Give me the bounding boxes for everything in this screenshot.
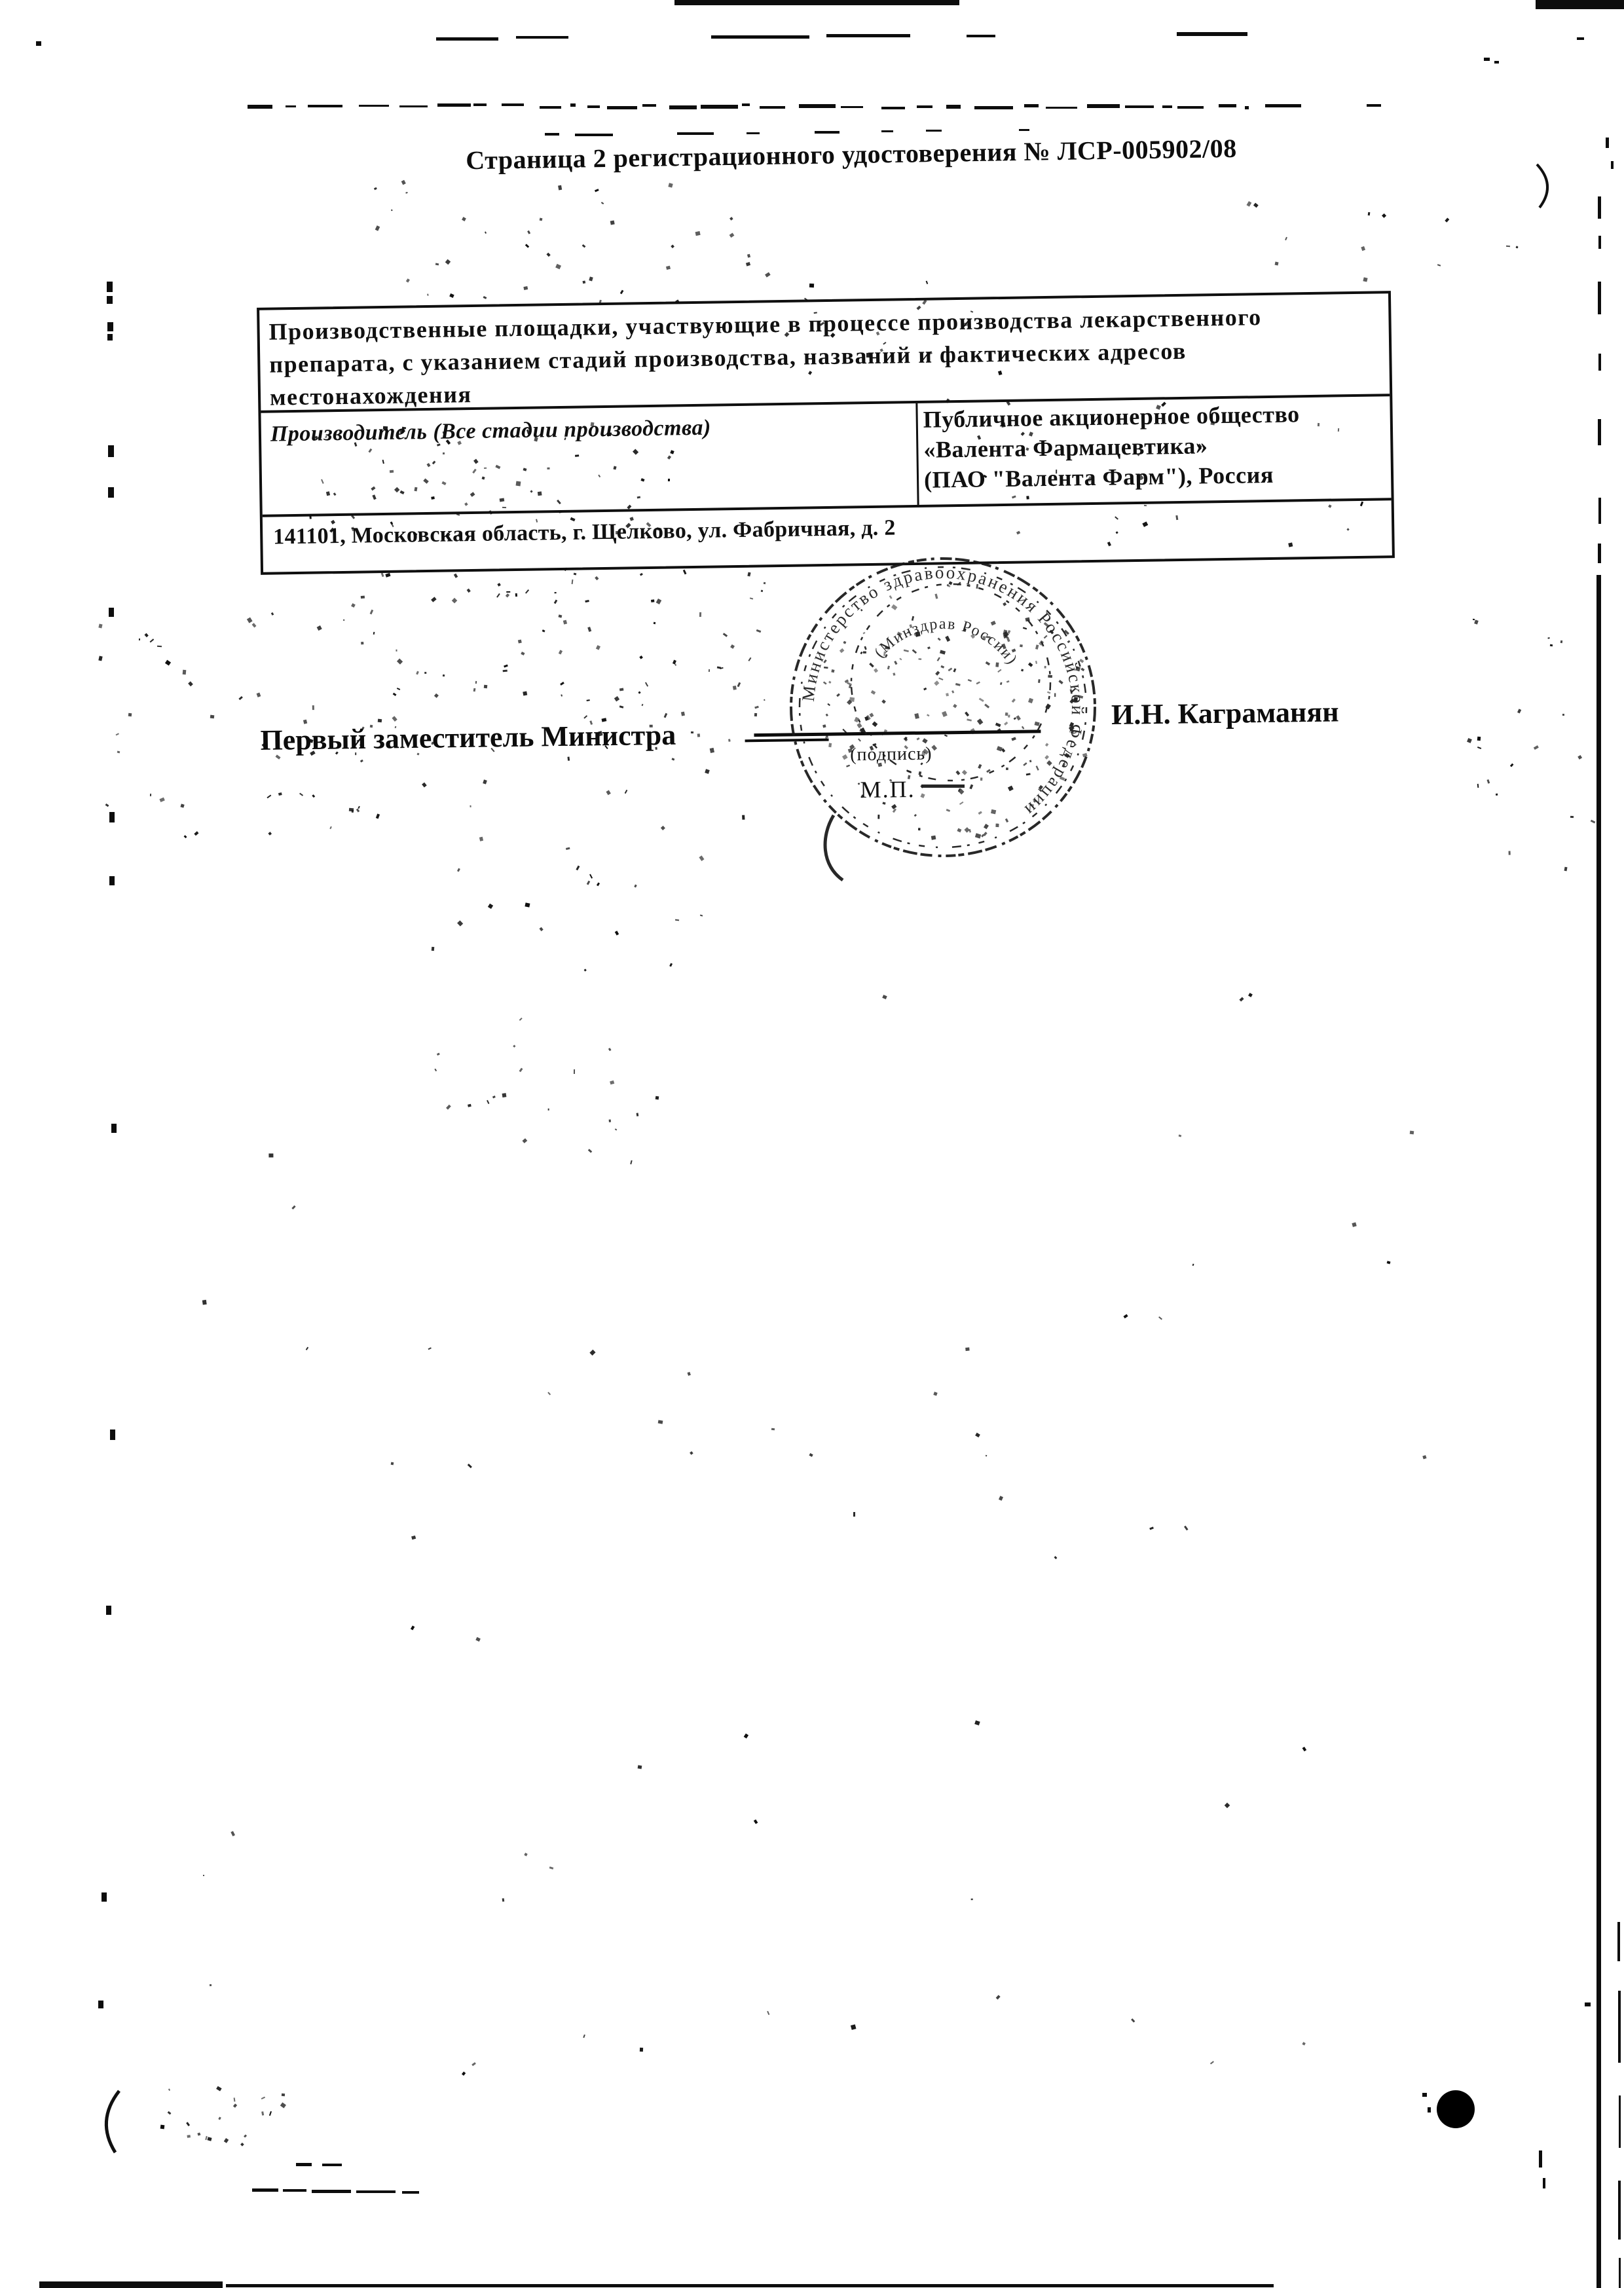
scan-speck [1175,515,1178,520]
scan-speck [397,688,400,690]
scan-speck [446,1104,451,1109]
table-row-producer: Производитель (Все стадии производства) … [261,396,1391,517]
scan-speck [595,576,599,580]
scan-speck [567,756,570,760]
scan-speck [502,1898,504,1902]
scan-speck [1131,2018,1135,2023]
scan-speck [468,1464,472,1467]
scan-speck [261,2097,265,2099]
scan-speck [219,2117,222,2120]
scan-artifact [1596,575,1601,2288]
scan-artifact [1598,498,1601,524]
scan-artifact [701,105,738,109]
scan-artifact [1598,544,1601,563]
scan-speck [165,660,171,666]
scan-speck [559,650,563,654]
scan-speck [1410,1131,1414,1135]
scan-speck [620,289,624,294]
scan-speck [282,2094,285,2096]
scan-speck [428,1348,432,1350]
scan-speck [747,572,750,576]
scan-speck [256,692,261,697]
scan-speck [539,218,542,221]
scan-speck [378,718,382,722]
scan-speck [525,902,530,907]
scan-speck [351,603,355,607]
scan-artifact [926,130,942,132]
scan-speck [1422,1455,1426,1459]
scan-speck [691,731,693,734]
scan-artifact [747,132,760,134]
scan-speck [634,884,637,887]
scan-speck [210,1984,212,1986]
scan-speck [445,259,451,264]
scan-speck [396,658,402,664]
scan-speck [401,180,406,185]
scan-speck [675,919,679,921]
scan-speck [576,454,580,456]
scan-artifact [1536,0,1624,9]
stamp-ring-text: Министерство здравоохранения Российской … [798,563,1088,821]
scan-speck [1184,1526,1188,1530]
scan-speck [506,591,510,593]
scan-speck [1547,637,1549,639]
scan-speck [1590,819,1595,823]
scan-artifact [356,2190,396,2193]
scan-artifact [575,134,613,136]
scan-artifact [540,106,561,109]
scan-speck [610,220,614,225]
scan-artifact [677,132,714,135]
scan-speck [411,1625,415,1631]
scan-speck [139,638,140,640]
scan-speck [1225,1803,1230,1808]
scan-speck [180,803,184,808]
scan-artifact [917,105,932,108]
scan-artifact [1422,2093,1427,2097]
scan-speck [671,245,674,249]
scan-speck [1158,1316,1162,1320]
scan-speck [655,747,657,749]
scan-artifact [1598,419,1601,445]
scan-artifact [286,105,295,108]
scan-speck [1275,262,1279,266]
scan-speck [269,2111,272,2116]
scan-speck [523,691,527,695]
scan-speck [699,856,705,861]
scan-speck [475,681,477,684]
scan-speck [231,1831,235,1836]
scan-speck [963,322,967,326]
scan-artifact [1618,1991,1621,2063]
scan-speck [1144,505,1147,507]
scan-artifact [1539,2150,1542,2168]
scan-artifact [1245,106,1249,109]
scan-artifact [108,487,114,498]
scan-speck [160,2125,165,2130]
scan-speck [587,881,590,885]
scan-artifact [1484,58,1490,61]
stamp-dash-mark [921,784,965,788]
stamp-bottom-hook [825,815,843,880]
scan-speck [733,686,737,690]
scan-speck [396,650,397,652]
scan-speck [1517,709,1522,714]
scan-speck [1477,736,1481,741]
scan-artifact [946,105,961,109]
scan-speck [99,624,103,629]
scan-speck [503,670,507,672]
scan-speck [637,1113,638,1117]
scan-speck [548,1109,549,1111]
scan-speck [479,836,483,841]
scan-artifact [98,2001,103,2008]
scan-speck [487,1099,490,1104]
scan-artifact [570,103,576,107]
scan-speck [655,1096,658,1099]
scan-speck [524,1853,527,1856]
scan-speck [471,2062,476,2066]
scan-speck [619,688,624,691]
scan-speck [1211,2061,1215,2064]
scan-artifact [1619,2258,1621,2288]
scan-speck [427,294,429,296]
scan-speck [1363,277,1368,282]
scan-speck [555,264,561,270]
stamp-inner-text: (Минздрав России) [871,616,1020,668]
scan-speck [1361,246,1365,251]
scan-speck [723,633,728,637]
scan-speck [521,652,525,655]
scan-speck [392,693,396,697]
scan-speck [470,805,471,807]
scan-speck [655,599,661,604]
scan-speck [765,272,770,277]
scan-speck [424,672,426,674]
scan-artifact [402,2191,419,2194]
scan-speck [705,769,709,773]
scan-artifact [516,36,568,39]
scan-speck [526,230,530,234]
scan-speck [1564,867,1567,872]
scan-speck [188,681,193,686]
scan-artifact [399,105,428,107]
scan-speck [688,1372,691,1376]
scan-artifact [881,130,893,132]
scan-artifact [1611,161,1614,169]
scan-speck [608,1119,611,1122]
scan-artifact [248,105,272,109]
scan-speck [239,696,244,700]
scan-artifact [742,103,750,106]
scan-speck [1302,2042,1306,2046]
scan-speck [744,1734,748,1739]
scan-speck [996,1995,1001,2001]
scan-speck [547,468,549,470]
scan-speck [523,1139,527,1143]
scan-artifact [1598,354,1601,371]
scan-artifact [107,296,113,304]
scan-speck [682,570,686,575]
scan-speck [1253,202,1258,207]
scan-artifact [711,35,809,39]
scan-curve-top-right [1529,160,1562,213]
scan-speck [746,262,750,266]
scan-artifact [1543,2178,1545,2188]
scan-speck [202,1300,206,1305]
signer-position: Первый заместитель Министра [260,718,676,757]
scan-speck [115,733,119,737]
scan-speck [630,1160,633,1164]
scan-speck [645,682,648,687]
scan-speck [203,1875,204,1876]
scan-artifact [1177,32,1247,36]
scan-artifact [669,105,697,109]
scan-speck [500,498,505,502]
scan-speck [406,278,410,282]
scan-artifact [815,131,840,134]
scan-speck [767,2011,770,2016]
scan-artifact [1598,282,1601,314]
scan-artifact [1019,129,1029,131]
scan-speck [591,422,595,427]
scan-speck [369,724,372,728]
scan-speck [558,614,562,618]
scan-speck [411,1536,416,1540]
scan-speck [183,835,187,838]
scan-speck [502,1093,506,1098]
scan-speck [1026,496,1029,499]
scan-speck [280,2103,286,2109]
scan-artifact [1265,104,1301,107]
scan-artifact [436,37,498,41]
ministry-round-stamp: Министерство здравоохранения Российской … [776,537,1110,884]
scan-speck [699,915,702,917]
scan-speck [730,644,735,649]
scan-artifact [607,106,637,109]
scan-speck [244,2134,247,2137]
scan-speck [449,293,454,298]
scan-artifact [1125,105,1154,108]
scan-speck [559,185,563,190]
scan-speck [157,646,162,648]
scan-speck [670,450,674,454]
scan-speck [1285,237,1287,241]
scan-speck [561,682,565,686]
scan-artifact [826,34,910,37]
scan-artifact [674,0,959,5]
scan-speck [614,931,618,935]
scan-speck [1578,755,1582,760]
scan-speck [468,1103,471,1107]
scan-speck [454,574,458,578]
scan-speck [361,596,365,599]
scan-speck [595,189,599,192]
scan-speck [640,2048,643,2052]
scan-artifact [1046,107,1077,109]
scan-artifact [308,105,342,107]
scan-speck [416,671,419,675]
scan-speck [473,688,475,692]
scan-artifact [106,1606,111,1615]
scan-speck [1029,432,1033,436]
scan-speck [1516,246,1519,248]
scan-speck [197,2132,200,2135]
scan-speck [649,725,653,728]
scan-speck [669,963,673,967]
scan-speck [186,2122,190,2126]
svg-text:Министерство здравоохранения Р: Министерство здравоохранения Российской … [798,563,1088,821]
scan-speck [574,1069,575,1074]
scan-speck [518,639,522,643]
scan-speck [965,1347,970,1350]
scan-speck [1534,746,1539,750]
scan-speck [496,593,500,598]
scan-speck [1248,993,1253,997]
scan-speck [554,592,556,594]
scan-artifact [1087,104,1120,108]
scan-speck [360,642,363,644]
scan-speck [668,183,673,188]
scan-speck [588,1149,593,1153]
scan-speck [233,2097,235,2101]
scan-speck [370,610,373,614]
scan-speck [573,573,576,576]
scan-speck [697,734,701,738]
scan-speck [167,2111,171,2114]
scan-artifact [109,812,115,822]
scan-speck [690,1451,693,1455]
scan-speck [1562,714,1564,716]
scan-artifact [841,106,863,108]
scan-speck [653,622,655,625]
scan-speck [309,515,312,519]
scan-speck [615,1129,618,1132]
scan-speck [432,597,437,602]
scan-speck [1477,784,1479,788]
scan-speck [483,296,487,299]
scan-artifact [1577,37,1584,40]
scan-artifact [108,445,114,457]
scan-speck [720,667,724,669]
scan-speck [589,276,594,281]
producer-value-line: (ПАО "Валента Фарм"), Россия [924,458,1388,494]
scan-speck [674,664,676,666]
scan-speck [1367,212,1370,216]
scan-speck [1149,1526,1154,1530]
scan-speck [466,588,471,593]
scan-artifact [111,1124,117,1133]
scan-speck [601,202,604,205]
scan-speck [1487,779,1490,784]
scan-speck [475,1637,481,1642]
scan-speck [519,1018,522,1021]
scan-artifact [1367,104,1381,107]
scan-artifact [359,105,389,107]
scan-artifact [473,103,487,106]
scan-speck [386,573,391,578]
scan-artifact [1024,104,1039,107]
scan-speck [452,598,457,603]
scan-speck [587,627,591,632]
scan-speck [699,612,701,617]
scan-speck [581,244,585,248]
scan-artifact [109,876,115,885]
scan-speck [1467,738,1473,743]
scan-speck [241,2143,245,2147]
scan-speck [971,1899,973,1900]
scan-speck [1178,1134,1181,1137]
scan-speck [268,1153,273,1157]
scan-speck [583,969,587,972]
scan-artifact [967,35,995,37]
scanned-certificate-page: Страница 2 регистрационного удостоверени… [0,0,1624,2288]
scan-speck [754,713,757,716]
scan-artifact [1162,105,1172,108]
scan-speck [247,617,252,622]
scan-speck [576,865,580,870]
scan-speck [525,590,529,595]
signer-name: И.Н. Каграманян [1111,695,1339,731]
scan-speck [456,921,462,927]
scan-speck [210,714,215,718]
scan-artifact [502,103,525,106]
scan-artifact [107,322,113,331]
scan-speck [639,655,643,659]
scan-speck [638,1765,642,1769]
scan-speck [485,231,487,233]
scan-speck [638,692,640,694]
scan-speck [596,645,600,650]
scan-speck [462,2071,466,2076]
scan-speck [317,625,322,630]
scan-artifact [107,282,113,292]
scan-speck [851,2025,856,2030]
scan-speck [809,1453,813,1457]
scan-speck [144,633,149,638]
scan-speck [355,752,356,755]
scan-speck [730,217,733,220]
scan-artifact [1618,2181,1621,2240]
scan-speck [583,2035,585,2039]
scan-speck [261,2111,264,2116]
scan-speck [1382,213,1386,218]
scan-speck [549,1866,553,1869]
scan-speck [986,1455,987,1457]
scan-speck [492,1096,496,1098]
scan-artifact [881,107,905,109]
scan-speck [484,468,487,469]
scan-artifact [760,106,785,108]
scan-speck [729,232,734,237]
scan-speck [1317,423,1319,426]
scan-speck [216,2086,221,2091]
scan-artifact [110,1430,115,1440]
scan-speck [306,1347,309,1350]
production-sites-table: Производственные площадки, участвующие в… [257,291,1395,575]
scan-speck [882,995,887,999]
scan-speck [194,832,199,836]
scan-artifact [1494,61,1499,64]
scan-speck [771,1428,775,1431]
scan-speck [583,280,585,284]
scan-speck [763,581,766,584]
producer-label-cell: Производитель (Все стадии производства) [261,403,919,515]
scan-speck [809,284,814,287]
scan-speck [640,573,643,576]
scan-speck [1473,619,1475,621]
scan-speck [374,187,377,190]
